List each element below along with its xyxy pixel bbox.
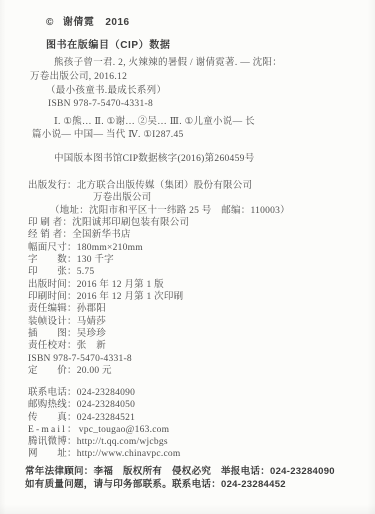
contact-row: 传 真：024-23284521 [28,412,181,424]
publication-row-value: 2016 年 12 月第 1 版 [77,280,164,290]
publication-row: 出版时间：2016 年 12 月第 1 版 [28,279,290,291]
legal-line: 常年法律顾问：李福 版权所有 侵权必究 举报电话：024-23284090 [25,465,355,478]
publication-row-value: 2016 年 12 月第 1 次印刷 [77,292,184,302]
contact-website-row: 网 址：http://www.chinavpc.com [28,448,181,460]
contact-row-value: http://t.qq.com/wjcbgs [77,437,168,447]
publication-row: 印 刷 者：沈阳诚邦印刷包装有限公司 [28,217,290,229]
contact-row-value: 024-23284090 [77,388,135,398]
cip-class-line: 篇小说— 中国— 当代 Ⅳ. ①I287.45 [32,129,255,142]
contact-row-label: 腾讯微博： [28,437,77,447]
copyright-year: 2016 [105,17,129,28]
publication-row-value: 吴珍珍 [77,329,106,339]
publication-row-value: 20.00 元 [77,366,112,376]
legal-line: 如有质量问题，请与印务部联系。联系电话：024-23284452 [25,478,355,491]
copyright-symbol: © [46,17,54,28]
publication-row-label: 幅面尺寸： [28,243,77,253]
publication-row-label: 装帧设计： [28,317,77,327]
publication-address-row: （地址：沈阳市和平区十一纬路 25 号 邮编：110003） [50,205,290,217]
cip-classification-block: Ⅰ. ①熊… Ⅱ. ①谢… ②吴… Ⅲ. ①儿童小说— 长 篇小说— 中国— 当… [28,116,255,142]
publication-row-value: ISBN 978-7-5470-4331-8 [28,354,132,364]
publication-row-value: 马婧莎 [77,317,106,327]
publication-row-value: 5.75 [77,267,95,277]
cip-heading: 图书在版编目（CIP）数据 [46,36,170,51]
contact-row-value: 024-23284050 [77,400,135,410]
copyright-page: ©谢倩霓2016 图书在版编目（CIP）数据 熊孩子曾一君. 2, 火辣辣的暑假… [0,0,375,514]
publication-row-label: 责任校对： [28,341,77,351]
contact-row: 邮购热线：024-23284050 [28,399,181,411]
publication-row: 责任编辑：孙郡阳 [28,303,290,315]
publication-row-value: 孙郡阳 [77,304,106,314]
contact-row-label: 邮购热线： [28,400,77,410]
publication-row: 印 张：5.75 [28,266,290,278]
publication-row-value: 张 新 [77,341,106,351]
copyright-line: ©谢倩霓2016 [46,13,130,28]
cip-series-line: （最小孩童书.最成长系列） [46,85,282,99]
contact-row-label: 网 址： [28,449,77,459]
contact-weibo-row: 腾讯微博：http://t.qq.com/wjcbgs [28,436,181,448]
cip-class-line: Ⅰ. ①熊… Ⅱ. ①谢… ②吴… Ⅲ. ①儿童小说— 长 [54,116,255,129]
publication-row-value: 北方联合出版传媒（集团）股份有限公司 [77,181,253,191]
publication-row-value: 180mm×210mm [77,243,143,253]
publication-row-label: 印 张： [28,267,77,277]
contact-row-value: http://www.chinavpc.com [77,449,181,459]
cip-record-number: 中国版本图书馆CIP数据核字(2016)第260459号 [54,150,255,164]
contact-info-block: 联系电话：024-23284090 邮购热线：024-23284050 传 真：… [28,387,181,461]
contact-email-row: E-mail：vpc_tougao@163.com [28,424,181,436]
cip-entry-line: 万卷出版公司, 2016.12 [30,71,282,85]
publication-row-label: 印刷时间： [28,292,77,302]
publication-row-value: 沈阳诚邦印刷包装有限公司 [72,218,189,228]
publication-row: 经 销 者：全国新华书店 [28,229,290,241]
contact-row: 联系电话：024-23284090 [28,387,181,399]
publication-row-label: 插 图： [28,329,77,339]
publication-price-row: 定 价：20.00 元 [28,365,290,377]
publication-row-label: 经 销 者： [28,230,72,240]
publication-row-label: 字 数： [28,255,77,265]
publication-row-label: 出版发行： [28,181,77,191]
publication-isbn-row: ISBN 978-7-5470-4331-8 [28,353,290,365]
contact-row-label: 传 真： [28,413,77,423]
publication-row-value: 全国新华书店 [72,230,131,240]
publication-row: 印刷时间：2016 年 12 月第 1 次印刷 [28,291,290,303]
publication-row-label: 责任编辑： [28,304,77,314]
cip-entry-block: 熊孩子曾一君. 2, 火辣辣的暑假 / 谢倩霓著. — 沈阳： 万卷出版公司, … [28,57,282,112]
legal-notice-block: 常年法律顾问：李福 版权所有 侵权必究 举报电话：024-23284090 如有… [25,465,355,491]
contact-row-value: 024-23284521 [77,413,135,423]
contact-row-label: E-mail： [28,425,79,435]
cip-entry-line: 熊孩子曾一君. 2, 火辣辣的暑假 / 谢倩霓著. — 沈阳： [54,57,282,71]
publication-row: 幅面尺寸：180mm×210mm [28,242,290,254]
copyright-holder: 谢倩霓 [63,17,95,28]
publication-row: 责任校对：张 新 [28,340,290,352]
cip-isbn-line: ISBN 978-7-5470-4331-8 [48,98,282,112]
publication-row-value: 万卷出版公司 [93,193,152,203]
publication-row-label: 印 刷 者： [28,218,72,228]
publication-row-value: （地址：沈阳市和平区十一纬路 25 号 邮编：110003） [50,206,290,216]
publication-row: 出版发行：北方联合出版传媒（集团）股份有限公司 [28,180,290,192]
publication-row-label: 出版时间： [28,280,77,290]
publication-row: 字 数：130 千字 [28,254,290,266]
publication-row: 装帧设计：马婧莎 [28,316,290,328]
contact-row-label: 联系电话： [28,388,77,398]
contact-row-value: vpc_tougao@163.com [79,425,170,435]
publication-row-label: 定 价： [28,366,77,376]
publication-row: 插 图：吴珍珍 [28,328,290,340]
publication-row: 万卷出版公司 [93,192,290,204]
publication-info-block: 出版发行：北方联合出版传媒（集团）股份有限公司 万卷出版公司 （地址：沈阳市和平… [28,180,290,378]
publication-row-value: 130 千字 [77,255,114,265]
